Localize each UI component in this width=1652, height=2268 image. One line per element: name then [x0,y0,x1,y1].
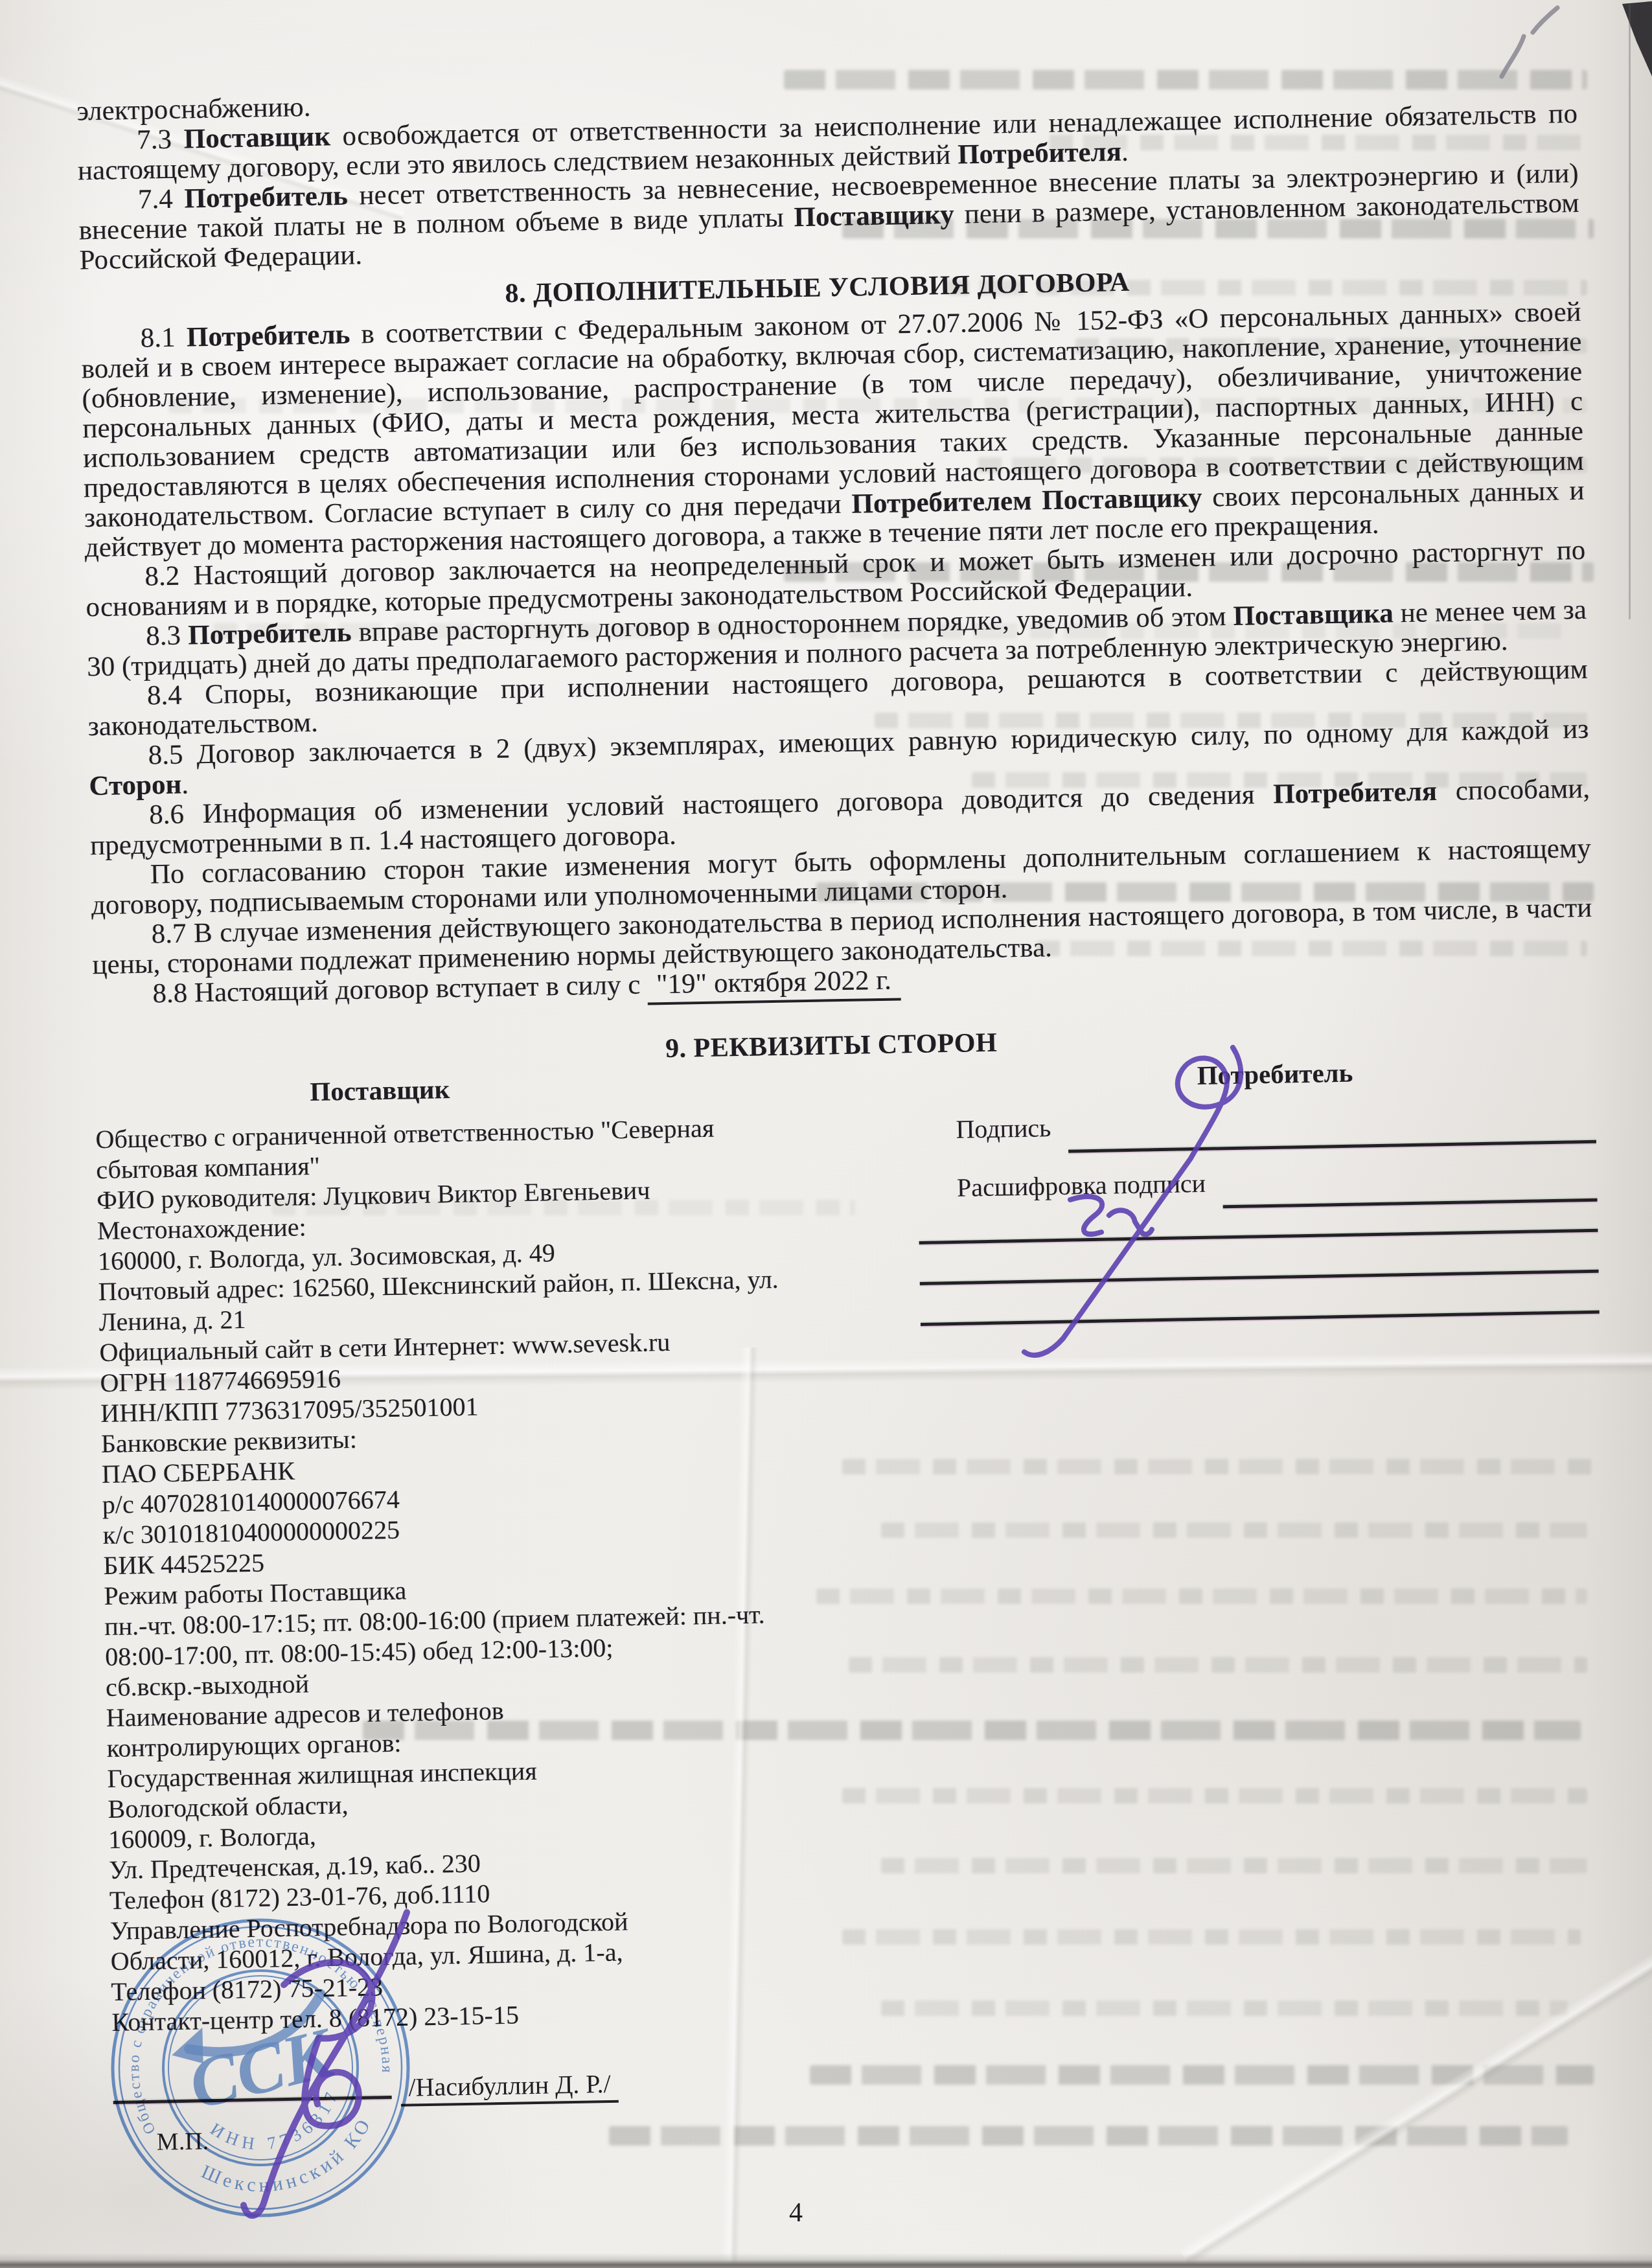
consumer-title: Потребитель [955,1053,1596,1095]
supplier-column: Поставщик Общество с ограниченной ответс… [95,1066,866,2157]
consumer-column: Потребитель Подпись Расшифровка подписи [846,1053,1614,2144]
decryption-blank-line [1223,1198,1598,1209]
section-7-paragraphs: 7.3 Поставщик освобождается от ответстве… [77,99,1580,275]
consumer-signature-row: Подпись [956,1103,1596,1145]
supplier-signature-row: /Насибуллин Д. Р./ [113,2064,865,2112]
supplier-title: Поставщик [95,1070,665,1111]
seal-place-label: М.П. [156,2115,866,2157]
supplier-signature-line [113,2096,392,2104]
staple-mark [1502,8,1557,76]
scanned-contract-page: электроснабжению. 7.3 Поставщик освобожд… [0,0,1652,2268]
consumer-blank-lines [958,1229,1600,1325]
supplier-details: Общество с ограниченной ответственностью… [95,1110,864,2037]
decryption-label: Расшифровка подписи [957,1169,1206,1203]
contract-paragraph: 8.1 Потребитель в соответствии с Федерал… [80,297,1585,563]
blank-signature-line [920,1270,1599,1285]
requisites-columns: Поставщик Общество с ограниченной ответс… [95,1053,1614,2157]
contract-text-block: электроснабжению. 7.3 Поставщик освобожд… [76,69,1614,2157]
scan-corner-shadow [1622,1,1652,76]
blank-signature-line [921,1311,1600,1326]
signature-label: Подпись [956,1113,1051,1145]
supplier-signature-name: /Насибуллин Д. Р./ [400,2068,619,2107]
section-8-paragraphs: 8.1 Потребитель в соответствии с Федерал… [80,297,1593,1010]
signature-blank-line [1068,1140,1596,1153]
consumer-decryption-row: Расшифровка подписи [957,1162,1598,1203]
page-number: 4 [789,2197,803,2228]
scan-bottom-edge [0,2253,1652,2268]
blank-signature-line [919,1229,1598,1244]
page-edge-line [1629,4,1631,619]
